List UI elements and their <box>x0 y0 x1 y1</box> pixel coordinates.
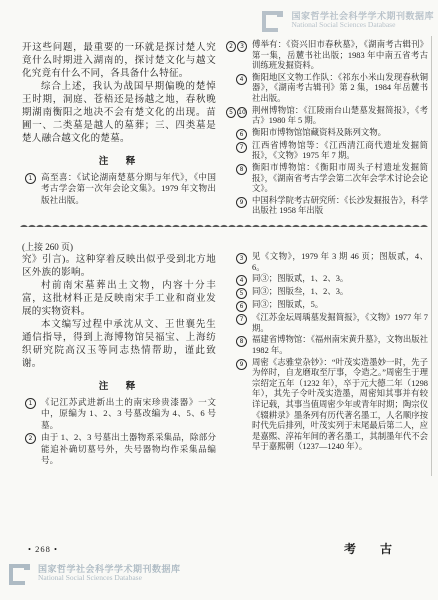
circled-number-icon: 3 <box>236 253 247 264</box>
logo-dot-shape <box>277 11 283 17</box>
nssd-logo-icon <box>261 8 285 32</box>
note-text: 周密《志雅堂杂钞》：“叶茂实造墨妙一时，先子为倅时，自龙磨取至厅事，令造之。”周… <box>252 358 428 453</box>
article1-notes-continued: 23傅举有：《资兴旧市春秋墓》，《湖南考古辑刊》第一集，岳麓书社出版；1983 … <box>226 40 428 217</box>
watermark-text: 国家哲学社会科学学术期刊数据库 National Social Sciences… <box>291 11 434 30</box>
notes-heading: 注 释 <box>22 153 216 167</box>
note-text: 衡阳市博物馆：《衡阳市周头子村遗址发掘简报》，《湖南省考古学会第二次年会学术讨论… <box>252 163 428 195</box>
footer-page-number: • 268 • <box>28 544 58 554</box>
circled-number-icon: 6 <box>236 129 247 140</box>
note-marker: 8 <box>226 163 247 175</box>
circled-number-icon: 6 <box>236 301 247 312</box>
circled-number-icon: 1 <box>25 398 36 409</box>
note-marker: 7 <box>226 313 247 325</box>
page-edge-line <box>431 36 432 476</box>
note-marker: 3 <box>226 252 247 264</box>
note-item: 8福建省博物馆：《福州南宋黄升墓》，文物出版社 1982 年。 <box>226 335 428 356</box>
circled-number-icon: 3 <box>237 41 247 52</box>
note-text: 中国科学院考古研究所：《长沙发掘报告》，科学出版社 1958 年出版 <box>252 196 428 217</box>
note-item: 2由于 1、2、3 号墓出土器物系采集品，除部分能追补确切墓号外，失号器物均作采… <box>22 432 216 466</box>
note-item: 4同③；图版贰，1、2、3。 <box>226 274 428 286</box>
note-text: 《江苏金坛周瑀墓发掘简报》，《文物》1977 年 7 期。 <box>252 313 428 334</box>
circled-number-icon: 7 <box>236 314 247 325</box>
notes-heading: 注 释 <box>22 378 216 392</box>
paragraph: 开这些问题，最重要的一环就是探讨楚人究竟什么时期进入湖南的，探讨楚文化与越文化究… <box>22 42 216 81</box>
article2-notes-continued: 3见《文物》，1979 年 3 期 46 页；图版贰，4、6。4同③；图版贰，1… <box>226 252 428 453</box>
note-marker: 2 <box>22 432 36 444</box>
circled-number-icon: 4 <box>236 74 247 85</box>
continued-from-label: (上接 260 页) <box>22 240 216 254</box>
note-marker: 8 <box>226 335 247 347</box>
note-text: 同③；图版叁，1、2、3。 <box>252 287 428 298</box>
note-text: 衡阳地区文物工作队：《祁东小米山发现春秋铜器》，《湖南考古辑刊》第 2 集，19… <box>252 73 428 105</box>
note-item: 6同③；图版贰，5。 <box>226 300 428 312</box>
note-item: 510荆州博物馆：《江陵雨台山楚墓发掘简报》，《考古》1980 年 5 期。 <box>226 106 428 127</box>
logo-bracket-shape <box>262 11 278 32</box>
note-text: 福建省博物馆：《福州南宋黄升墓》，文物出版社 1982 年。 <box>252 335 428 356</box>
nssd-logo-icon <box>8 561 32 585</box>
note-item: 9中国科学院考古研究所：《长沙发掘报告》，科学出版社 1958 年出版 <box>226 196 428 217</box>
note-item: 5同③；图版叁，1、2、3。 <box>226 287 428 299</box>
note-text: 同③；图版贰，5。 <box>252 300 428 311</box>
note-marker: 7 <box>226 141 247 153</box>
note-text: 衡阳市博物馆馆藏资料及陈列文物。 <box>252 128 428 139</box>
note-marker: 23 <box>226 40 247 52</box>
circled-number-icon: 2 <box>226 41 236 52</box>
note-marker: 9 <box>226 358 247 370</box>
article1-body: 开这些问题，最重要的一环就是探讨楚人究竟什么时期进入湖南的，探讨楚文化与越文化究… <box>22 42 216 146</box>
note-item: 6衡阳市博物馆馆藏资料及陈列文物。 <box>226 128 428 140</box>
article2-notes: 1《记江苏武进新出土的南宋珍贵漆器》一文中，原编为 1、2、3 号墓改编为 4、… <box>22 397 216 466</box>
note-marker: 4 <box>226 274 247 286</box>
paragraph: 综合上述，我认为战国早期偏晚的楚悼王时期，洞庭、苍梧还是扬越之地，春秋晚期湖南衡… <box>22 81 216 146</box>
note-text: 同③；图版贰，1、2、3。 <box>252 274 428 285</box>
circled-number-icon: 9 <box>236 197 247 208</box>
note-item: 3见《文物》，1979 年 3 期 46 页；图版贰，4、6。 <box>226 252 428 273</box>
circled-number-icon: 8 <box>236 164 247 175</box>
column-left-upper: 开这些问题，最重要的一环就是探讨楚人究竟什么时期进入湖南的，探讨楚文化与越文化究… <box>22 42 216 207</box>
note-marker: 9 <box>226 196 247 208</box>
watermark-top: 国家哲学社会科学学术期刊数据库 National Social Sciences… <box>261 8 434 32</box>
circled-number-icon: 9 <box>236 359 247 370</box>
note-marker: 1 <box>22 397 36 409</box>
watermark-text: 国家哲学社会科学学术期刊数据库 National Social Sciences… <box>38 564 181 583</box>
note-text: 荆州博物馆：《江陵雨台山楚墓发掘简报》，《考古》1980 年 5 期。 <box>252 106 428 127</box>
note-item: 8衡阳市博物馆：《衡阳市周头子村遗址发掘简报》，《湖南省考古学会第二次年会学术讨… <box>226 163 428 195</box>
article1-notes: 1高至喜：《试论湖南楚墓分期与年代》，《中国考古学会第一次年会论文集》。1979… <box>22 172 216 206</box>
circled-number-icon: 8 <box>236 336 247 347</box>
circled-number-icon: 4 <box>236 275 247 286</box>
watermark-text-en: National Social Sciences Database <box>291 21 434 30</box>
circled-number-icon: 5 <box>236 288 247 299</box>
note-text: 高至喜：《试论湖南楚墓分期与年代》，《中国考古学会第一次年会论文集》。1979 … <box>41 172 216 206</box>
paragraph: 村前南宋墓葬出土文物，内容十分丰富，这批材料正是反映南宋手工业和商业发展的实物资… <box>22 280 216 319</box>
column-right-middle: 3见《文物》，1979 年 3 期 46 页；图版贰，4、6。4同③；图版贰，1… <box>226 252 428 454</box>
circled-number-icon: 2 <box>25 433 36 444</box>
note-text: 江西省博物馆等：《江西清江商代遗址发掘简报》，《文物》1975 年 7 期。 <box>252 141 428 162</box>
circled-number-icon: 1 <box>25 173 36 184</box>
note-text: 见《文物》，1979 年 3 期 46 页；图版贰，4、6。 <box>252 252 428 273</box>
article2-body: 究》引言)。这种穿着反映出似乎受到北方地区外族的影响。村前南宋墓葬出土文物，内容… <box>22 254 216 371</box>
note-marker: 510 <box>226 106 247 118</box>
column-left-middle: (上接 260 页) 究》引言)。这种穿着反映出似乎受到北方地区外族的影响。村前… <box>22 240 216 467</box>
note-marker: 4 <box>226 73 247 85</box>
note-item: 1高至喜：《试论湖南楚墓分期与年代》，《中国考古学会第一次年会论文集》。1979… <box>22 172 216 206</box>
logo-bracket-shape <box>9 564 25 585</box>
paragraph: 究》引言)。这种穿着反映出似乎受到北方地区外族的影响。 <box>22 254 216 280</box>
circled-number-icon: 10 <box>237 107 247 118</box>
note-marker: 5 <box>226 287 247 299</box>
watermark-text-en: National Social Sciences Database <box>38 574 181 583</box>
circled-number-icon: 7 <box>236 142 247 153</box>
note-marker: 6 <box>226 128 247 140</box>
note-text: 由于 1、2、3 号墓出土器物系采集品，除部分能追补确切墓号外，失号器物均作采集… <box>41 432 216 466</box>
note-item: 23傅举有：《资兴旧市春秋墓》，《湖南考古辑刊》第一集，岳麓书社出版；1983 … <box>226 40 428 72</box>
note-item: 1《记江苏武进新出土的南宋珍贵漆器》一文中，原编为 1、2、3 号墓改编为 4、… <box>22 397 216 431</box>
note-marker: 1 <box>22 172 36 184</box>
paragraph: 本文编写过程中承沈从文、王世襄先生通信指导，得到上海博物馆吴福宝、上海纺织研究院… <box>22 319 216 371</box>
section-divider <box>20 220 428 227</box>
note-item: 7江西省博物馆等：《江西清江商代遗址发掘简报》，《文物》1975 年 7 期。 <box>226 141 428 162</box>
note-text: 傅举有：《资兴旧市春秋墓》，《湖南考古辑刊》第一集，岳麓书社出版；1983 年中… <box>252 40 428 72</box>
scanned-journal-page: 国家哲学社会科学学术期刊数据库 National Social Sciences… <box>0 0 438 600</box>
circled-number-icon: 5 <box>226 107 236 118</box>
note-text: 《记江苏武进新出土的南宋珍贵漆器》一文中，原编为 1、2、3 号墓改编为 4、5… <box>41 397 216 431</box>
watermark-bottom: 国家哲学社会科学学术期刊数据库 National Social Sciences… <box>8 561 181 585</box>
footer-journal-title: 考 古 <box>344 540 398 557</box>
note-item: 9周密《志雅堂杂钞》：“叶茂实造墨妙一时，先子为倅时，自龙磨取至厅事，令造之。”… <box>226 358 428 453</box>
note-item: 7《江苏金坛周瑀墓发掘简报》，《文物》1977 年 7 期。 <box>226 313 428 334</box>
column-right-upper: 23傅举有：《资兴旧市春秋墓》，《湖南考古辑刊》第一集，岳麓书社出版；1983 … <box>226 40 428 218</box>
note-marker: 6 <box>226 300 247 312</box>
logo-dot-shape <box>24 564 30 570</box>
note-item: 4衡阳地区文物工作队：《祁东小米山发现春秋铜器》，《湖南考古辑刊》第 2 集，1… <box>226 73 428 105</box>
